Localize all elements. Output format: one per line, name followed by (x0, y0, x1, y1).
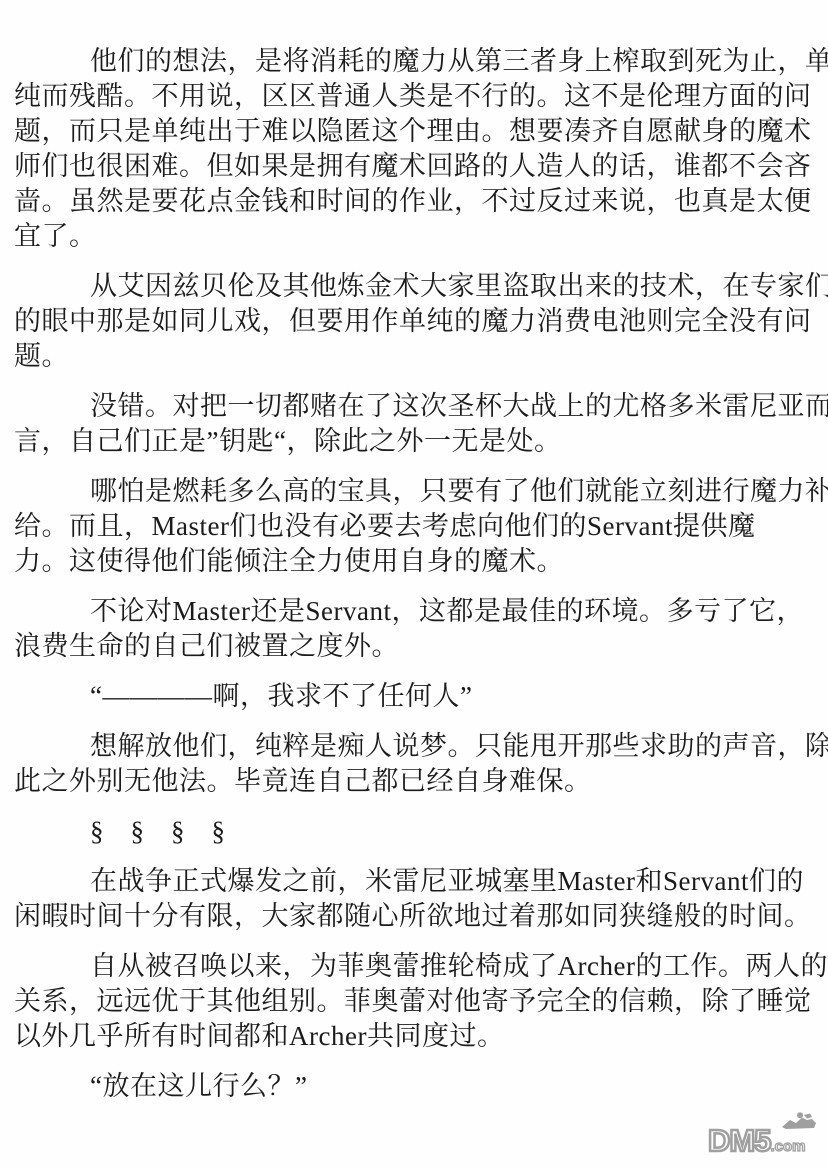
text-line: 的眼中那是如同儿戏，但要用作单纯的魔力消费电池则完全没有问 (14, 304, 814, 339)
paragraph: 他们的想法，是将消耗的魔力从第三者身上榨取到死为止，单纯而残酷。不用说，区区普通… (14, 44, 814, 254)
paragraph: 不论对Master还是Servant，这都是最佳的环境。多亏了它，浪费生命的自己… (14, 594, 814, 664)
text-line: 不论对Master还是Servant，这都是最佳的环境。多亏了它， (14, 594, 814, 629)
paragraph: 从艾因兹贝伦及其他炼金术大家里盗取出来的技术，在专家们的眼中那是如同儿戏，但要用… (14, 269, 814, 374)
dm5-logo-main: DM5 (708, 1123, 770, 1158)
text-line: 纯而残酷。不用说，区区普通人类是不行的。这不是伦理方面的问 (14, 79, 814, 114)
paragraph: 在战争正式爆发之前，米雷尼亚城塞里Master和Servant们的闲暇时间十分有… (14, 864, 814, 934)
paragraph: 想解放他们，纯粹是痴人说梦。只能甩开那些求助的声音，除此之外别无他法。毕竟连自己… (14, 729, 814, 799)
section-separator: § § § § (14, 814, 814, 849)
text-line: 力。这使得他们能倾注全力使用自身的魔术。 (14, 544, 814, 579)
novel-page: 他们的想法，是将消耗的魔力从第三者身上榨取到死为止，单纯而残酷。不用说，区区普通… (0, 0, 828, 1169)
dm5-logo-text: DM5.com (708, 1123, 805, 1159)
dialogue-paragraph: “放在这儿行么？” (14, 1069, 814, 1104)
text-line: 以外几乎所有时间都和Archer共同度过。 (14, 1019, 814, 1054)
dm5-watermark: DM5.com (708, 1113, 820, 1161)
page-text: 他们的想法，是将消耗的魔力从第三者身上榨取到死为止，单纯而残酷。不用说，区区普通… (0, 0, 828, 1119)
text-line: “放在这儿行么？” (14, 1069, 814, 1104)
text-line: 此之外别无他法。毕竟连自己都已经自身难保。 (14, 764, 814, 799)
text-line: 闲暇时间十分有限，大家都随心所欲地过着那如同狭缝般的时间。 (14, 899, 814, 934)
text-line: 师们也很困难。但如果是拥有魔术回路的人造人的话，谁都不会吝 (14, 149, 814, 184)
text-line: 题。 (14, 339, 814, 374)
text-line: 关系，远远优于其他组别。菲奥蕾对他寄予完全的信赖，除了睡觉 (14, 984, 814, 1019)
dialogue-paragraph: “————啊，我求不了任何人” (14, 679, 814, 714)
text-line: 自从被召唤以来，为菲奥蕾推轮椅成了Archer的工作。两人的 (14, 949, 814, 984)
paragraph: 哪怕是燃耗多么高的宝具，只要有了他们就能立刻进行魔力补给。而且，Master们也… (14, 474, 814, 579)
text-line: 从艾因兹贝伦及其他炼金术大家里盗取出来的技术，在专家们 (14, 269, 814, 304)
text-line: 想解放他们，纯粹是痴人说梦。只能甩开那些求助的声音，除 (14, 729, 814, 764)
dm5-logo-suffix: .com (770, 1138, 805, 1155)
text-line: 题，而只是单纯出于难以隐匿这个理由。想要凑齐自愿献身的魔术 (14, 114, 814, 149)
text-line: 哪怕是燃耗多么高的宝具，只要有了他们就能立刻进行魔力补 (14, 474, 814, 509)
text-line: 没错。对把一切都赌在了这次圣杯大战上的尤格多米雷尼亚而 (14, 389, 814, 424)
text-line: “————啊，我求不了任何人” (14, 679, 814, 714)
text-line: 他们的想法，是将消耗的魔力从第三者身上榨取到死为止，单 (14, 44, 814, 79)
text-line: 浪费生命的自己们被置之度外。 (14, 629, 814, 664)
text-line: § § § § (14, 814, 814, 849)
paragraph: 自从被召唤以来，为菲奥蕾推轮椅成了Archer的工作。两人的关系，远远优于其他组… (14, 949, 814, 1054)
text-line: 言，自己们正是”钥匙“，除此之外一无是处。 (14, 424, 814, 459)
text-line: 宜了。 (14, 219, 814, 254)
text-line: 啬。虽然是要花点金钱和时间的作业，不过反过来说，也真是太便 (14, 184, 814, 219)
paragraph: 没错。对把一切都赌在了这次圣杯大战上的尤格多米雷尼亚而言，自己们正是”钥匙“，除… (14, 389, 814, 459)
text-line: 在战争正式爆发之前，米雷尼亚城塞里Master和Servant们的 (14, 864, 814, 899)
text-line: 给。而且，Master们也没有必要去考虑向他们的Servant提供魔 (14, 509, 814, 544)
